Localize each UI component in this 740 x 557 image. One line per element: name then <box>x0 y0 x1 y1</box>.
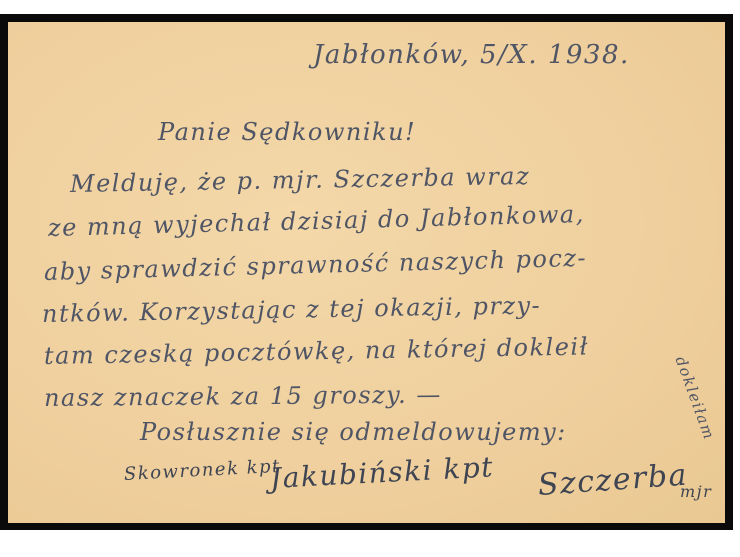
closing: Posłusznie się odmeldowujemy: <box>140 418 567 446</box>
body-line-2: ze mną wyjechał dzisiaj do Jabłonkowa, <box>48 200 586 242</box>
scan-border: Jabłonków, 5/X. 1938. Panie Sędkowniku! … <box>0 14 733 530</box>
place-date: Jabłonków, 5/X. 1938. <box>313 40 630 70</box>
signature-1: Skowronek kpt <box>123 456 281 485</box>
postcard: Jabłonków, 5/X. 1938. Panie Sędkowniku! … <box>8 22 725 523</box>
body-line-5: tam czeską pocztówkę, na której dokleił <box>44 332 589 370</box>
margin-note: dokleiłam <box>672 354 719 443</box>
salutation: Panie Sędkowniku! <box>158 118 416 146</box>
signature-3-rank: mjr <box>680 482 712 501</box>
body-line-4: ntków. Korzystając z tej okazji, przy- <box>42 291 542 328</box>
body-line-3: aby sprawdzić sprawność naszych pocz- <box>44 244 588 286</box>
body-line-1: Melduję, że p. mjr. Szczerba wraz <box>70 162 531 198</box>
signature-3: Szczerba <box>537 458 689 503</box>
signature-2: Jakubiński kpt <box>269 450 495 495</box>
body-line-6: nasz znaczek za 15 groszy. — <box>44 381 442 412</box>
